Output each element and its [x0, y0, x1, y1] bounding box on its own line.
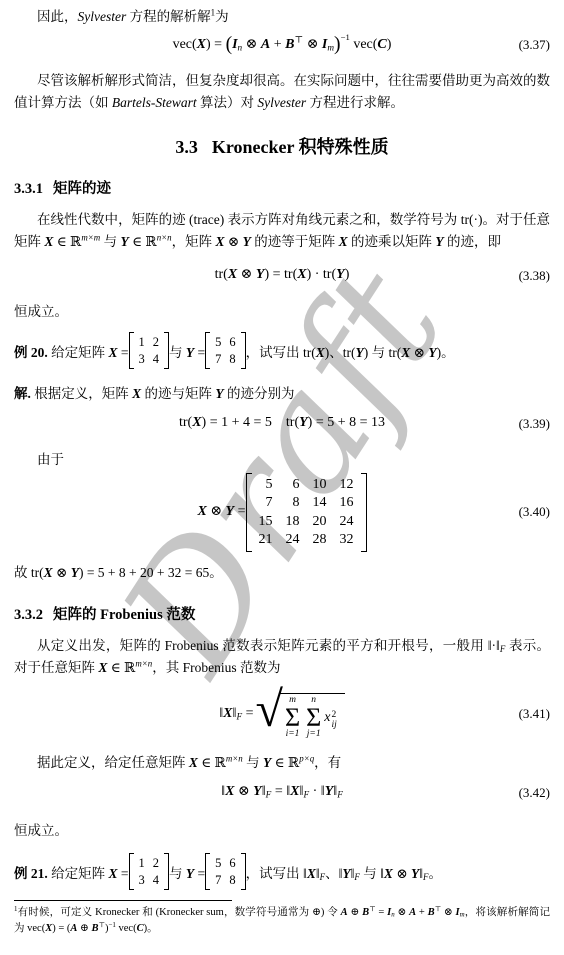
matrix-cell: 20 — [313, 513, 327, 531]
equation-3-40-lhs: X ⊗ Y = — [197, 503, 245, 522]
equation-3-38-number: (3.38) — [519, 267, 550, 285]
equation-3-37-math: vec(X) = (In ⊗ A + B⊤ ⊗ Im)−1 vec(C) — [173, 36, 392, 55]
example-20-tail: ，试写出 tr(X)、tr(Y) 与 tr(X ⊗ Y)。 — [246, 341, 455, 361]
summand-x: x — [324, 709, 330, 728]
matrix-cell: 5 — [215, 334, 221, 350]
matrix-cell: 1 — [139, 334, 145, 350]
paragraph-complexity: 尽管该解析解形式简洁，但复杂度却很高。在实际问题中，往往需要借助更为高效的数值计… — [14, 70, 550, 113]
matrix-cell: 4 — [153, 351, 159, 367]
equation-3-40: X ⊗ Y = 5610127814161518202421242832 (3.… — [14, 473, 550, 552]
footnote-text: 1有时候，可定义 Kronecker 和 (Kronecker sum，数学符号… — [14, 905, 550, 937]
matrix-cell: 15 — [259, 513, 273, 531]
example-20-mid: 与 Y = — [169, 341, 205, 361]
footnote-rule — [14, 900, 232, 901]
equation-3-37: vec(X) = (In ⊗ A + B⊤ ⊗ Im)−1 vec(C) (3.… — [14, 36, 550, 55]
paragraph-sylvester-solution: 因此，Sylvester 方程的解析解1为 — [14, 6, 550, 28]
matrix-cell: 2 — [153, 855, 159, 871]
matrix-cell: 8 — [293, 494, 300, 512]
sum-lower-limit: j=1 — [307, 730, 321, 740]
matrix-cell: 3 — [139, 351, 145, 367]
matrix-x-inline: 1234 — [129, 332, 170, 369]
matrix-cell: 8 — [229, 351, 235, 367]
equation-3-39-number: (3.39) — [519, 415, 550, 433]
line-always-holds-1: 恒成立。 — [14, 301, 550, 323]
equation-3-41-lhs: ‖X‖F = — [219, 705, 253, 724]
matrix-cell: 3 — [139, 872, 145, 888]
equation-3-38: tr(X ⊗ Y) = tr(X) · tr(Y) (3.38) — [14, 266, 550, 285]
example-20-lead: 例 20. 给定矩阵 X = — [14, 341, 129, 361]
paragraph-given-definition: 据此定义，给定任意矩阵 X ∈ ℝm×n 与 Y ∈ ℝp×q，有 — [14, 752, 550, 774]
matrix-cell: 7 — [215, 351, 221, 367]
page-container: Draft 因此，Sylvester 方程的解析解1为 vec(X) = (In… — [0, 6, 564, 955]
matrix-cell: 18 — [286, 513, 300, 531]
subsection-heading-3-3-2: 3.3.2矩阵的 Frobenius 范数 — [14, 605, 550, 625]
matrix-cell: 8 — [229, 872, 235, 888]
matrix-cell: 6 — [229, 855, 235, 871]
example-21-lead: 例 21. 给定矩阵 X = — [14, 862, 129, 882]
example-21-tail: ，试写出 ‖X‖F、‖Y‖F 与 ‖X ⊗ Y‖F。 — [246, 862, 442, 882]
superscript-2: 2 — [331, 710, 336, 720]
equation-3-39-math: tr(X) = 1 + 4 = 5tr(Y) = 5 + 8 = 13 — [179, 414, 385, 433]
summand-scripts: 2 ij — [331, 710, 336, 731]
equation-3-38-math: tr(X ⊗ Y) = tr(X) · tr(Y) — [215, 266, 350, 285]
matrix-cell: 7 — [266, 494, 273, 512]
matrix-cell: 32 — [340, 531, 354, 549]
matrix-y-inline: 5678 — [205, 853, 246, 890]
matrix-y-inline: 5678 — [205, 332, 246, 369]
example-21: 例 21. 给定矩阵 X = 1234 与 Y = 5678 ，试写出 ‖X‖F… — [14, 848, 550, 896]
subsection-number: 3.3.2 — [14, 607, 43, 623]
subscript-ij: ij — [331, 720, 336, 730]
matrix-cell: 28 — [313, 531, 327, 549]
equation-3-41-number: (3.41) — [519, 705, 550, 723]
sigma-icon: Σ — [285, 706, 300, 731]
paragraph-solution-20: 解. 根据定义，矩阵 X 的迹与矩阵 Y 的迹分别为 — [14, 383, 550, 405]
paragraph-trace-intro: 在线性代数中，矩阵的迹 (trace) 表示方阵对角线元素之和，数学符号为 tr… — [14, 209, 550, 252]
subsection-title: 矩阵的 Frobenius 范数 — [53, 607, 195, 623]
matrix-cell: 5 — [215, 855, 221, 871]
matrix-cell: 6 — [293, 476, 300, 494]
matrix-cell: 5 — [266, 476, 273, 494]
matrix-cell: 24 — [340, 513, 354, 531]
matrix-cell: 4 — [153, 872, 159, 888]
subsection-number: 3.3.1 — [14, 181, 43, 197]
line-trace-result: 故 tr(X ⊗ Y) = 5 + 8 + 20 + 32 = 65。 — [14, 562, 550, 584]
matrix-x-inline: 1234 — [129, 853, 170, 890]
footnote: 1有时候，可定义 Kronecker 和 (Kronecker sum，数学符号… — [14, 900, 550, 937]
matrix-cell: 7 — [215, 872, 221, 888]
example-21-mid: 与 Y = — [169, 862, 205, 882]
equation-3-39: tr(X) = 1 + 4 = 5tr(Y) = 5 + 8 = 13 (3.3… — [14, 414, 550, 433]
sum-over-i: m Σ i=1 — [285, 696, 300, 740]
matrix-cell: 24 — [286, 531, 300, 549]
example-20: 例 20. 给定矩阵 X = 1234 与 Y = 5678 ，试写出 tr(X… — [14, 327, 550, 375]
equation-3-40-number: (3.40) — [519, 503, 550, 521]
square-root: √ m Σ i=1 n Σ j=1 x 2 ij — [256, 688, 345, 740]
section-heading-3-3: 3.3Kronecker 积特殊性质 — [14, 135, 550, 159]
matrix-cell: 10 — [313, 476, 327, 494]
matrix-cell: 21 — [259, 531, 273, 549]
matrix-cell: 14 — [313, 494, 327, 512]
matrix-cell: 2 — [153, 334, 159, 350]
matrix-cell: 1 — [139, 855, 145, 871]
equation-3-37-number: (3.37) — [519, 36, 550, 54]
subsection-title: 矩阵的迹 — [53, 181, 111, 197]
square-root-body: m Σ i=1 n Σ j=1 x 2 ij — [279, 693, 345, 740]
paragraph-frobenius-intro: 从定义出发，矩阵的 Frobenius 范数表示矩阵元素的平方和开根号，一般用 … — [14, 635, 550, 678]
subsection-heading-3-3-1: 3.3.1矩阵的迹 — [14, 179, 550, 199]
matrix-cell: 12 — [340, 476, 354, 494]
line-always-holds-2: 恒成立。 — [14, 820, 550, 842]
section-title: Kronecker 积特殊性质 — [212, 137, 389, 157]
sum-over-j: n Σ j=1 — [306, 696, 321, 740]
line-since: 由于 — [14, 449, 550, 471]
equation-3-41: ‖X‖F = √ m Σ i=1 n Σ j=1 x — [14, 688, 550, 740]
kronecker-product-matrix: 5610127814161518202421242832 — [246, 473, 367, 552]
sigma-icon: Σ — [306, 706, 321, 731]
page-content: 因此，Sylvester 方程的解析解1为 vec(X) = (In ⊗ A +… — [0, 6, 564, 896]
sum-lower-limit: i=1 — [286, 730, 300, 740]
equation-3-42-math: ‖X ⊗ Y‖F = ‖X‖F · ‖Y‖F — [221, 783, 343, 802]
equation-3-42: ‖X ⊗ Y‖F = ‖X‖F · ‖Y‖F (3.42) — [14, 783, 550, 802]
matrix-cell: 6 — [229, 334, 235, 350]
matrix-cell: 16 — [340, 494, 354, 512]
equation-3-42-number: (3.42) — [519, 784, 550, 802]
section-number: 3.3 — [175, 137, 198, 157]
